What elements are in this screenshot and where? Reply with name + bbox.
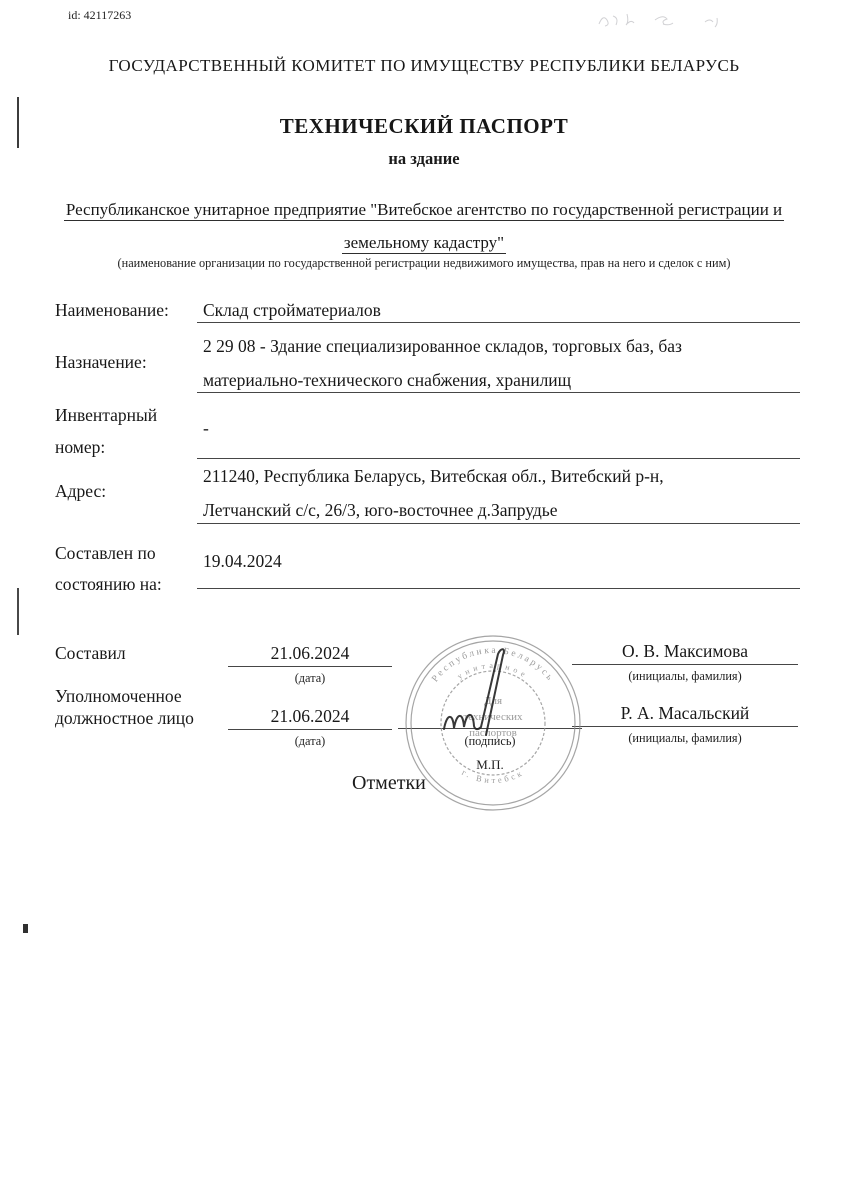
name-value: Склад стройматериалов	[203, 300, 381, 321]
scan-artifact-dot	[23, 924, 28, 933]
compiled-name-underline	[572, 664, 798, 665]
compiled-name: О. В. Максимова	[572, 641, 798, 662]
purpose-value-line2: материально-технического снабжения, хран…	[203, 370, 571, 391]
inventory-underline	[197, 458, 800, 459]
inventory-label-line2: номер:	[55, 437, 105, 458]
authorized-date: 21.06.2024	[228, 706, 392, 727]
inventory-value: -	[203, 418, 209, 439]
organization-line1: Республиканское унитарное предприятие "В…	[0, 200, 848, 220]
compiled-date-caption: (дата)	[228, 671, 392, 686]
asof-value: 19.04.2024	[203, 551, 282, 572]
purpose-underline	[197, 392, 800, 393]
compiled-name-caption: (инициалы, фамилия)	[572, 669, 798, 684]
compiled-date-underline	[228, 666, 392, 667]
scan-artifact-line-middle	[17, 588, 19, 635]
address-underline	[197, 523, 800, 524]
organization-line2-text: земельному кадастру"	[342, 233, 506, 254]
authorized-name-caption: (инициалы, фамилия)	[572, 731, 798, 746]
address-label: Адрес:	[55, 481, 106, 502]
stamp-inner-ring	[441, 671, 545, 775]
document-subtitle: на здание	[0, 149, 848, 169]
name-label: Наименование:	[55, 300, 169, 321]
compiled-label: Составил	[55, 643, 126, 664]
asof-underline	[197, 588, 800, 589]
pencil-marks	[593, 4, 753, 34]
round-stamp: Республика Беларусь унитарное г. Витебск…	[402, 632, 584, 814]
authorized-label-line2: должностное лицо	[55, 708, 194, 729]
organization-caption: (наименование организации по государстве…	[0, 256, 848, 271]
authorized-name: Р. А. Масальский	[572, 703, 798, 724]
inventory-label-line1: Инвентарный	[55, 405, 157, 426]
name-underline	[197, 322, 800, 323]
address-value-line2: Летчанский с/с, 26/3, юго-восточнее д.За…	[203, 500, 558, 521]
authorized-label-line1: Уполномоченное	[55, 686, 182, 707]
asof-label-line1: Составлен по	[55, 543, 156, 564]
organization-line1-text: Республиканское унитарное предприятие "В…	[64, 200, 784, 221]
address-value-line1: 211240, Республика Беларусь, Витебская о…	[203, 466, 664, 487]
committee-header: ГОСУДАРСТВЕННЫЙ КОМИТЕТ ПО ИМУЩЕСТВУ РЕС…	[0, 56, 848, 76]
purpose-label: Назначение:	[55, 352, 147, 373]
authorized-name-underline	[572, 726, 798, 727]
authorized-date-underline	[228, 729, 392, 730]
asof-label-line2: состоянию на:	[55, 574, 162, 595]
marks-title: Отметки	[352, 772, 426, 795]
document-title: ТЕХНИЧЕСКИЙ ПАСПОРТ	[0, 114, 848, 139]
purpose-value-line1: 2 29 08 - Здание специализированное скла…	[203, 336, 682, 357]
organization-line2: земельному кадастру"	[0, 233, 848, 253]
authorized-date-caption: (дата)	[228, 734, 392, 749]
scan-id: id: 42117263	[68, 8, 131, 23]
compiled-date: 21.06.2024	[228, 643, 392, 664]
